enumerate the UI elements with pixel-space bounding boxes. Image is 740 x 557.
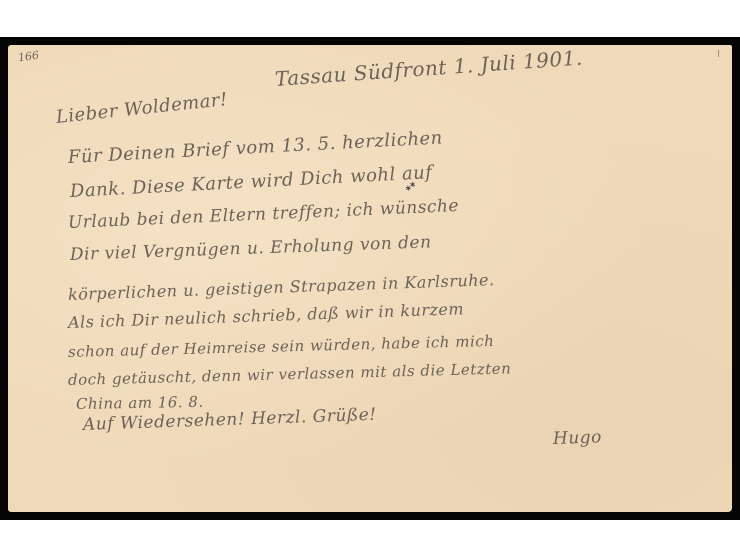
place-date-heading: Tassau Südfront 1. Juli 1901. xyxy=(274,46,583,91)
signature: Hugo xyxy=(553,427,603,449)
body-line: Dir viel Vergnügen u. Erholung von den xyxy=(70,232,432,265)
salutation: Lieber Woldemar! xyxy=(55,89,229,128)
body-line: schon auf der Heimreise sein würden, hab… xyxy=(68,332,495,361)
body-line: Urlaub bei den Eltern treffen; ich wünsc… xyxy=(68,196,460,233)
postcard: 166 ǀ Tassau Südfront 1. Juli 1901. Lieb… xyxy=(8,45,732,512)
body-line: Für Deinen Brief vom 13. 5. herzlichen xyxy=(67,127,443,168)
paper-mark: ǀ xyxy=(717,50,720,60)
body-line: körperlichen u. geistigen Strapazen in K… xyxy=(68,270,495,304)
body-line: Dank. Diese Karte wird Dich wohl auf xyxy=(69,162,432,202)
body-line: China am 16. 8. xyxy=(76,393,204,413)
body-line: doch getäuscht, denn wir verlassen mit a… xyxy=(68,359,512,389)
body-line: Als ich Dir neulich schrieb, daß wir in … xyxy=(68,299,465,332)
inventory-number: 166 xyxy=(17,49,40,65)
